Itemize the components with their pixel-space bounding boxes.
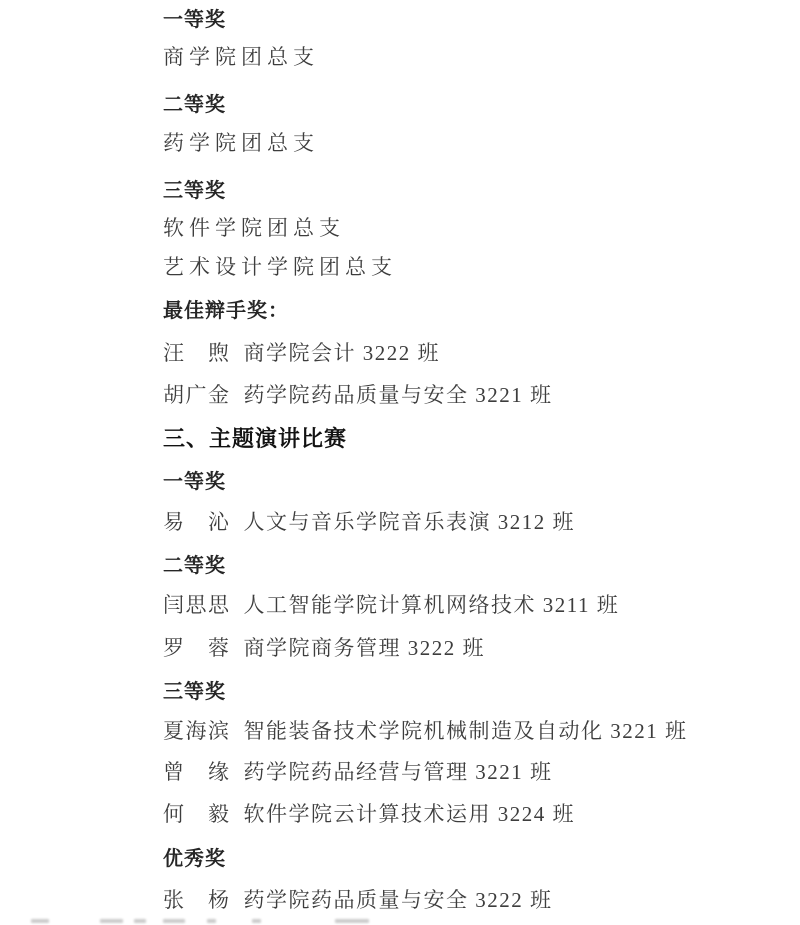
winner-line: 何 毅软件学院云计算技术运用 3224 班 <box>163 804 575 825</box>
winner-college-class: 人文与音乐学院音乐表演 3212 班 <box>244 510 576 534</box>
cutoff-text-artifact <box>31 919 49 923</box>
winner-name: 胡广金 <box>163 385 231 406</box>
winner-line: 闫思思人工智能学院计算机网络技术 3211 班 <box>163 595 619 616</box>
winner-college-class: 人工智能学院计算机网络技术 3211 班 <box>244 593 620 617</box>
award-tier-heading: 一等奖 <box>163 10 226 30</box>
winner-line: 易 沁人文与音乐学院音乐表演 3212 班 <box>163 512 575 533</box>
winner-name: 张 杨 <box>163 890 231 911</box>
winning-org-line: 商学院团总支 <box>163 47 319 68</box>
winner-line: 夏海滨智能装备技术学院机械制造及自动化 3221 班 <box>163 721 688 742</box>
cutoff-text-artifact <box>207 919 216 923</box>
award-tier-heading: 三等奖 <box>163 181 226 201</box>
award-tier-heading: 二等奖 <box>163 556 226 576</box>
winner-name: 曾 缘 <box>163 762 231 783</box>
winner-college-class: 商学院会计 3222 班 <box>244 341 441 365</box>
document-page: 一等奖 商学院团总支 二等奖 药学院团总支 三等奖 软件学院团总支 艺术设计学院… <box>0 0 800 925</box>
winner-college-class: 智能装备技术学院机械制造及自动化 3221 班 <box>244 719 688 743</box>
award-tier-heading: 一等奖 <box>163 472 226 492</box>
winner-college-class: 药学院药品质量与安全 3222 班 <box>244 888 553 912</box>
winner-college-class: 商学院商务管理 3222 班 <box>244 636 486 660</box>
award-tier-heading: 二等奖 <box>163 95 226 115</box>
cutoff-text-artifact <box>335 919 369 923</box>
winner-name: 汪 煦 <box>163 343 231 364</box>
cutoff-text-artifact <box>163 919 185 923</box>
winner-line: 曾 缘药学院药品经营与管理 3221 班 <box>163 762 553 783</box>
winning-org-line: 软件学院团总支 <box>163 218 345 239</box>
winner-line: 汪 煦商学院会计 3222 班 <box>163 343 440 364</box>
award-tier-heading: 优秀奖 <box>163 849 226 869</box>
cutoff-text-artifact <box>252 919 261 923</box>
winning-org-line: 药学院团总支 <box>163 133 319 154</box>
award-tier-heading: 三等奖 <box>163 682 226 702</box>
winner-name: 夏海滨 <box>163 721 231 742</box>
winner-name: 罗 蓉 <box>163 638 231 659</box>
winner-college-class: 药学院药品质量与安全 3221 班 <box>244 383 553 407</box>
winner-name: 何 毅 <box>163 804 231 825</box>
award-tier-heading: 最佳辩手奖： <box>163 301 289 321</box>
winner-college-class: 药学院药品经营与管理 3221 班 <box>244 760 553 784</box>
section-heading: 三、主题演讲比赛 <box>163 428 347 450</box>
winner-name: 闫思思 <box>163 595 231 616</box>
cutoff-text-artifact <box>134 919 146 923</box>
winner-line: 胡广金药学院药品质量与安全 3221 班 <box>163 385 553 406</box>
winner-college-class: 软件学院云计算技术运用 3224 班 <box>244 802 576 826</box>
winner-name: 易 沁 <box>163 512 231 533</box>
cutoff-text-artifact <box>100 919 123 923</box>
winning-org-line: 艺术设计学院团总支 <box>163 257 397 278</box>
winner-line: 张 杨药学院药品质量与安全 3222 班 <box>163 890 553 911</box>
winner-line: 罗 蓉商学院商务管理 3222 班 <box>163 638 485 659</box>
